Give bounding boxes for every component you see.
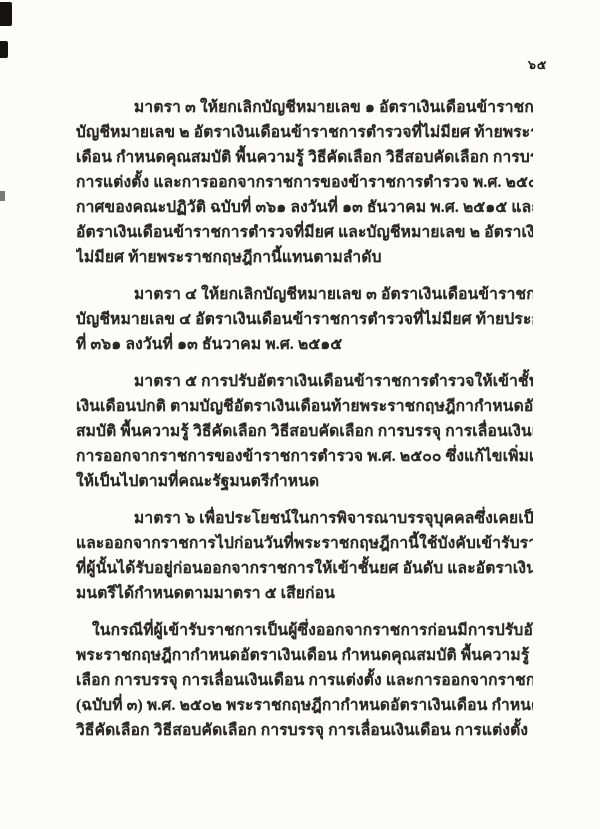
scan-artifact-mark xyxy=(0,41,8,58)
text-line: มาตรา ๖ เพื่อประโยชน์ในการพิจารณาบรรจุบุ… xyxy=(76,506,533,531)
text-line: ในกรณีที่ผู้เข้ารับราชการเป็นผู้ซึ่งออกจ… xyxy=(76,618,533,643)
text-line: อัตราเงินเดือนข้าราชการตำรวจที่มียศ และบ… xyxy=(76,220,533,245)
text-line: มาตรา ๔ ให้ยกเลิกบัญชีหมายเลข ๓ อัตราเงิ… xyxy=(76,282,533,307)
text-line: บัญชีหมายเลข ๔ อัตราเงินเดือนข้าราชการตำ… xyxy=(76,307,533,332)
text-line: ที่ ๓๖๑ ลงวันที่ ๑๓ ธันวาคม พ.ศ. ๒๕๑๕ xyxy=(76,332,533,357)
text-line: เลือก การบรรจุ การเลื่อนเงินเดือน การแต่… xyxy=(76,668,533,693)
text-line: ที่ผู้นั้นได้รับอยู่ก่อนออกจากราชการให้เ… xyxy=(76,556,533,581)
text-line: (ฉบับที่ ๓) พ.ศ. ๒๕๐๒ พระราชกฤษฎีกากำหนด… xyxy=(76,693,533,718)
paragraph: มาตรา ๔ ให้ยกเลิกบัญชีหมายเลข ๓ อัตราเงิ… xyxy=(76,282,533,357)
text-line: การออกจากราชการของข้าราชการตำรวจ พ.ศ. ๒๕… xyxy=(76,444,533,469)
text-line: พระราชกฤษฎีกากำหนดอัตราเงินเดือน กำหนดคุ… xyxy=(76,643,533,668)
text-line: เดือน กำหนดคุณสมบัติ พื้นความรู้ วิธีคัด… xyxy=(76,145,533,170)
page-number: ๖๕ xyxy=(528,55,547,75)
document-text: มาตรา ๓ ให้ยกเลิกบัญชีหมายเลข ๑ อัตราเงิ… xyxy=(76,95,533,755)
text-line: สมบัติ พื้นความรู้ วิธีคัดเลือก วิธีสอบค… xyxy=(76,419,533,444)
text-line: เงินเดือนปกติ ตามบัญชีอัตราเงินเดือนท้าย… xyxy=(76,394,533,419)
text-line: มาตรา ๕ การปรับอัตราเงินเดือนข้าราชการตำ… xyxy=(76,369,533,394)
text-line: มนตรีได้กำหนดตามมาตรา ๕ เสียก่อน xyxy=(76,581,533,606)
text-line: ให้เป็นไปตามที่คณะรัฐมนตรีกำหนด xyxy=(76,469,533,494)
paragraph: มาตรา ๓ ให้ยกเลิกบัญชีหมายเลข ๑ อัตราเงิ… xyxy=(76,95,533,270)
scan-artifact-mark xyxy=(0,191,5,201)
text-line: ไม่มียศ ท้ายพระราชกฤษฎีกานี้แทนตามลำดับ xyxy=(76,245,533,270)
scan-artifact-mark xyxy=(0,2,12,26)
paragraph: มาตรา ๖ เพื่อประโยชน์ในการพิจารณาบรรจุบุ… xyxy=(76,506,533,606)
text-line: มาตรา ๓ ให้ยกเลิกบัญชีหมายเลข ๑ อัตราเงิ… xyxy=(76,95,533,120)
text-line: บัญชีหมายเลข ๒ อัตราเงินเดือนข้าราชการตำ… xyxy=(76,120,533,145)
text-line: และออกจากราชการไปก่อนวันที่พระราชกฤษฎีกา… xyxy=(76,531,533,556)
text-line: การแต่งตั้ง และการออกจากราชการของข้าราชก… xyxy=(76,170,533,195)
scanned-page: ๖๕ มาตรา ๓ ให้ยกเลิกบัญชีหมายเลข ๑ อัตรา… xyxy=(0,0,600,829)
text-line: กาศของคณะปฏิวัติ ฉบับที่ ๓๖๑ ลงวันที่ ๑๓… xyxy=(76,195,533,220)
text-line: วิธีคัดเลือก วิธีสอบคัดเลือก การบรรจุ กา… xyxy=(76,718,533,743)
paragraph: มาตรา ๕ การปรับอัตราเงินเดือนข้าราชการตำ… xyxy=(76,369,533,494)
paragraph: ในกรณีที่ผู้เข้ารับราชการเป็นผู้ซึ่งออกจ… xyxy=(76,618,533,743)
